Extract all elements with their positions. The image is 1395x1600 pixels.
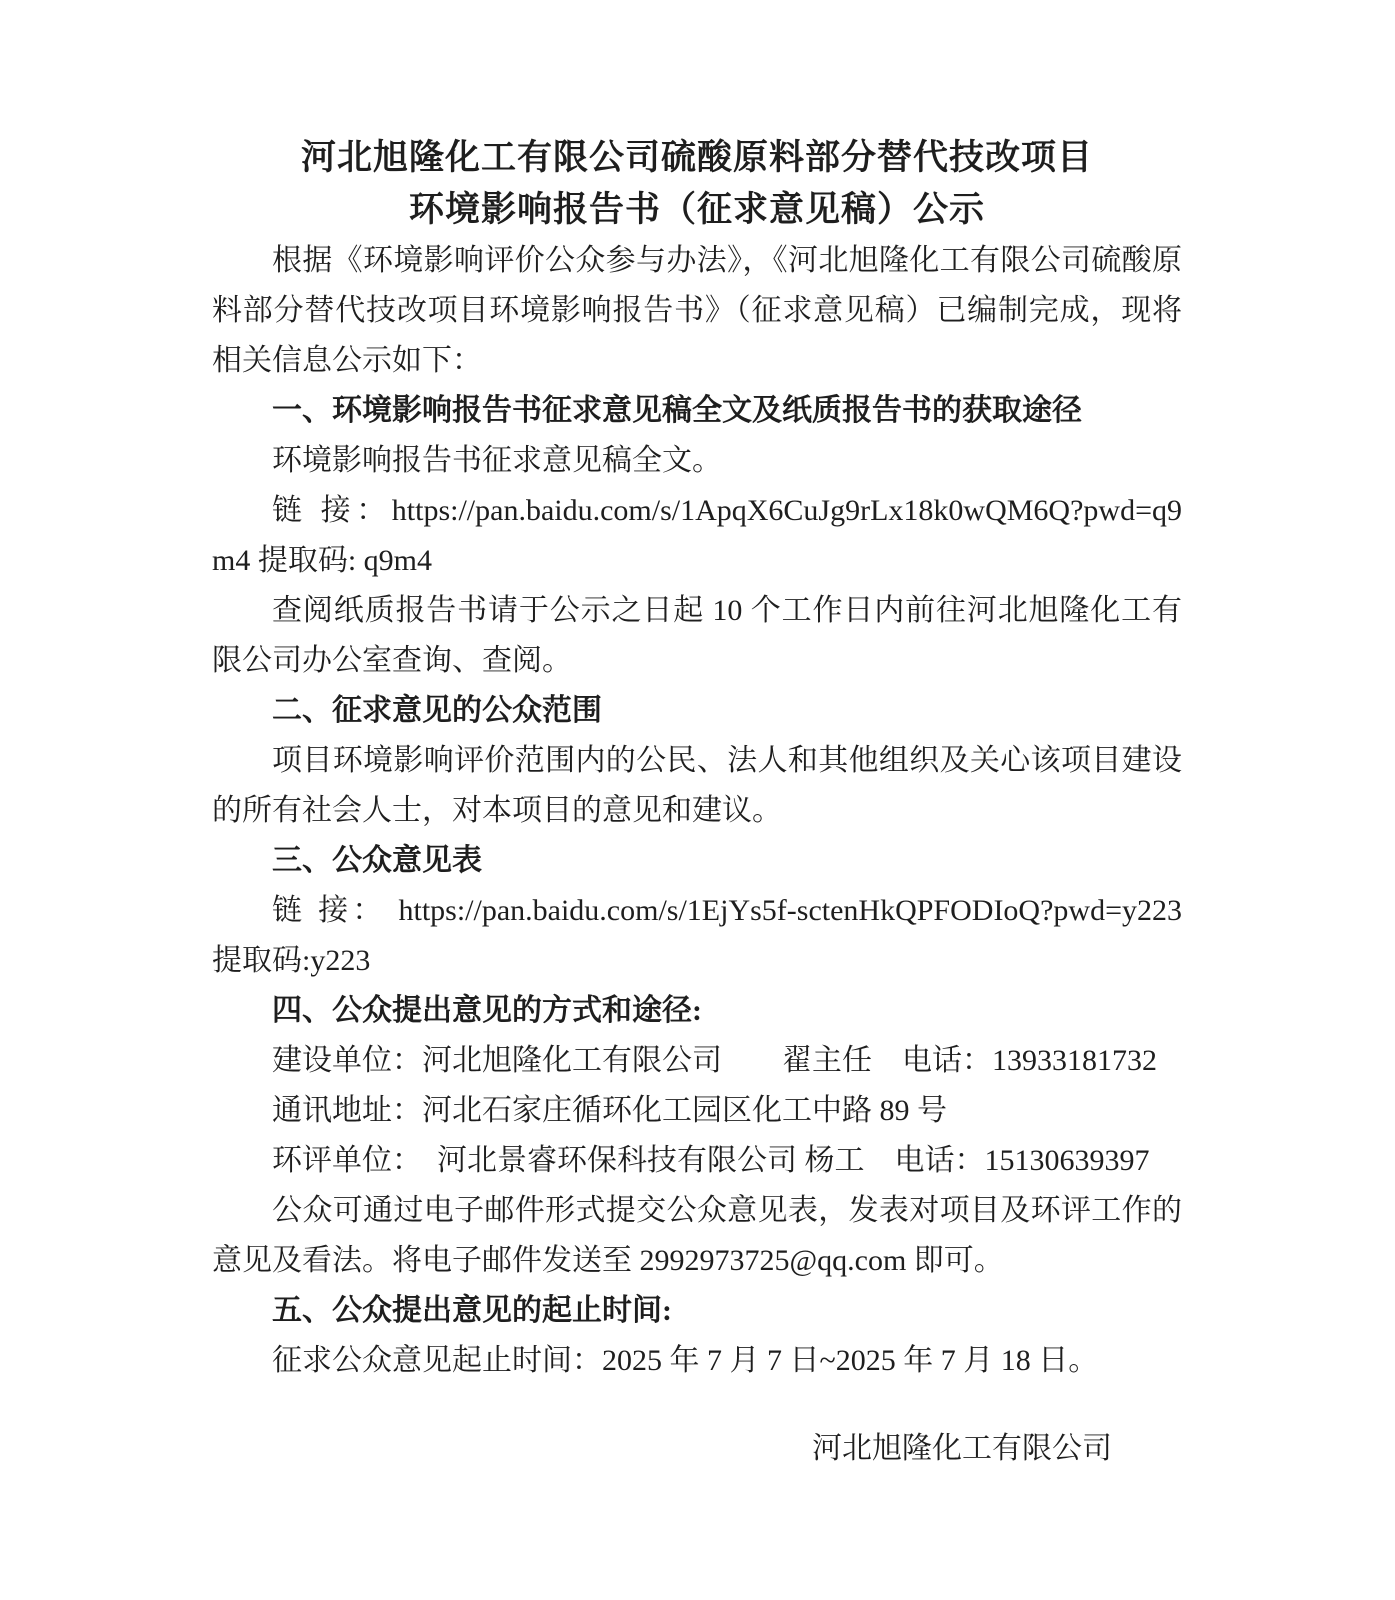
intro-paragraph: 根据《环境影响评价公众参与办法》，《河北旭隆化工有限公司硫酸原料部分替代技改项目…: [212, 236, 1182, 386]
section-5-heading: 五、公众提出意见的起止时间:: [212, 1286, 1182, 1336]
document-page: 河北旭隆化工有限公司硫酸原料部分替代技改项目 环境影响报告书（征求意见稿）公示 …: [212, 132, 1182, 1474]
section-4-heading: 四、公众提出意见的方式和途径:: [212, 986, 1182, 1036]
section-4-construction-unit-line: 建设单位：河北旭隆化工有限公司 翟主任 电话：13933181732: [212, 1036, 1182, 1086]
section-1-heading: 一、环境影响报告书征求意见稿全文及纸质报告书的获取途径: [212, 386, 1182, 436]
company-signature: 河北旭隆化工有限公司: [212, 1424, 1182, 1474]
section-4-email-paragraph: 公众可通过电子邮件形式提交公众意见表，发表对项目及环评工作的意见及看法。将电子邮…: [212, 1186, 1182, 1286]
document-title-line1: 河北旭隆化工有限公司硫酸原料部分替代技改项目: [212, 132, 1182, 184]
section-4-eia-unit-line: 环评单位： 河北景睿环保科技有限公司 杨工 电话：15130639397: [212, 1136, 1182, 1186]
section-2-paragraph-1: 项目环境影响评价范围内的公民、法人和其他组织及关心该项目建设的所有社会人士，对本…: [212, 736, 1182, 836]
section-5-paragraph-1: 征求公众意见起止时间：2025 年 7 月 7 日~2025 年 7 月 18 …: [212, 1336, 1182, 1386]
document-title-line2: 环境影响报告书（征求意见稿）公示: [212, 184, 1182, 236]
section-1-paragraph-1: 环境影响报告书征求意见稿全文。: [212, 436, 1182, 486]
section-4-mailing-address-line: 通讯地址：河北石家庄循环化工园区化工中路 89 号: [212, 1086, 1182, 1136]
section-2-heading: 二、征求意见的公众范围: [212, 686, 1182, 736]
section-1-link-paragraph: 链 接：https://pan.baidu.com/s/1ApqX6CuJg9r…: [212, 486, 1182, 586]
section-3-heading: 三、公众意见表: [212, 836, 1182, 886]
section-1-paragraph-3: 查阅纸质报告书请于公示之日起 10 个工作日内前往河北旭隆化工有限公司办公室查询…: [212, 586, 1182, 686]
section-3-link-paragraph: 链 接： https://pan.baidu.com/s/1EjYs5f-sct…: [212, 886, 1182, 986]
